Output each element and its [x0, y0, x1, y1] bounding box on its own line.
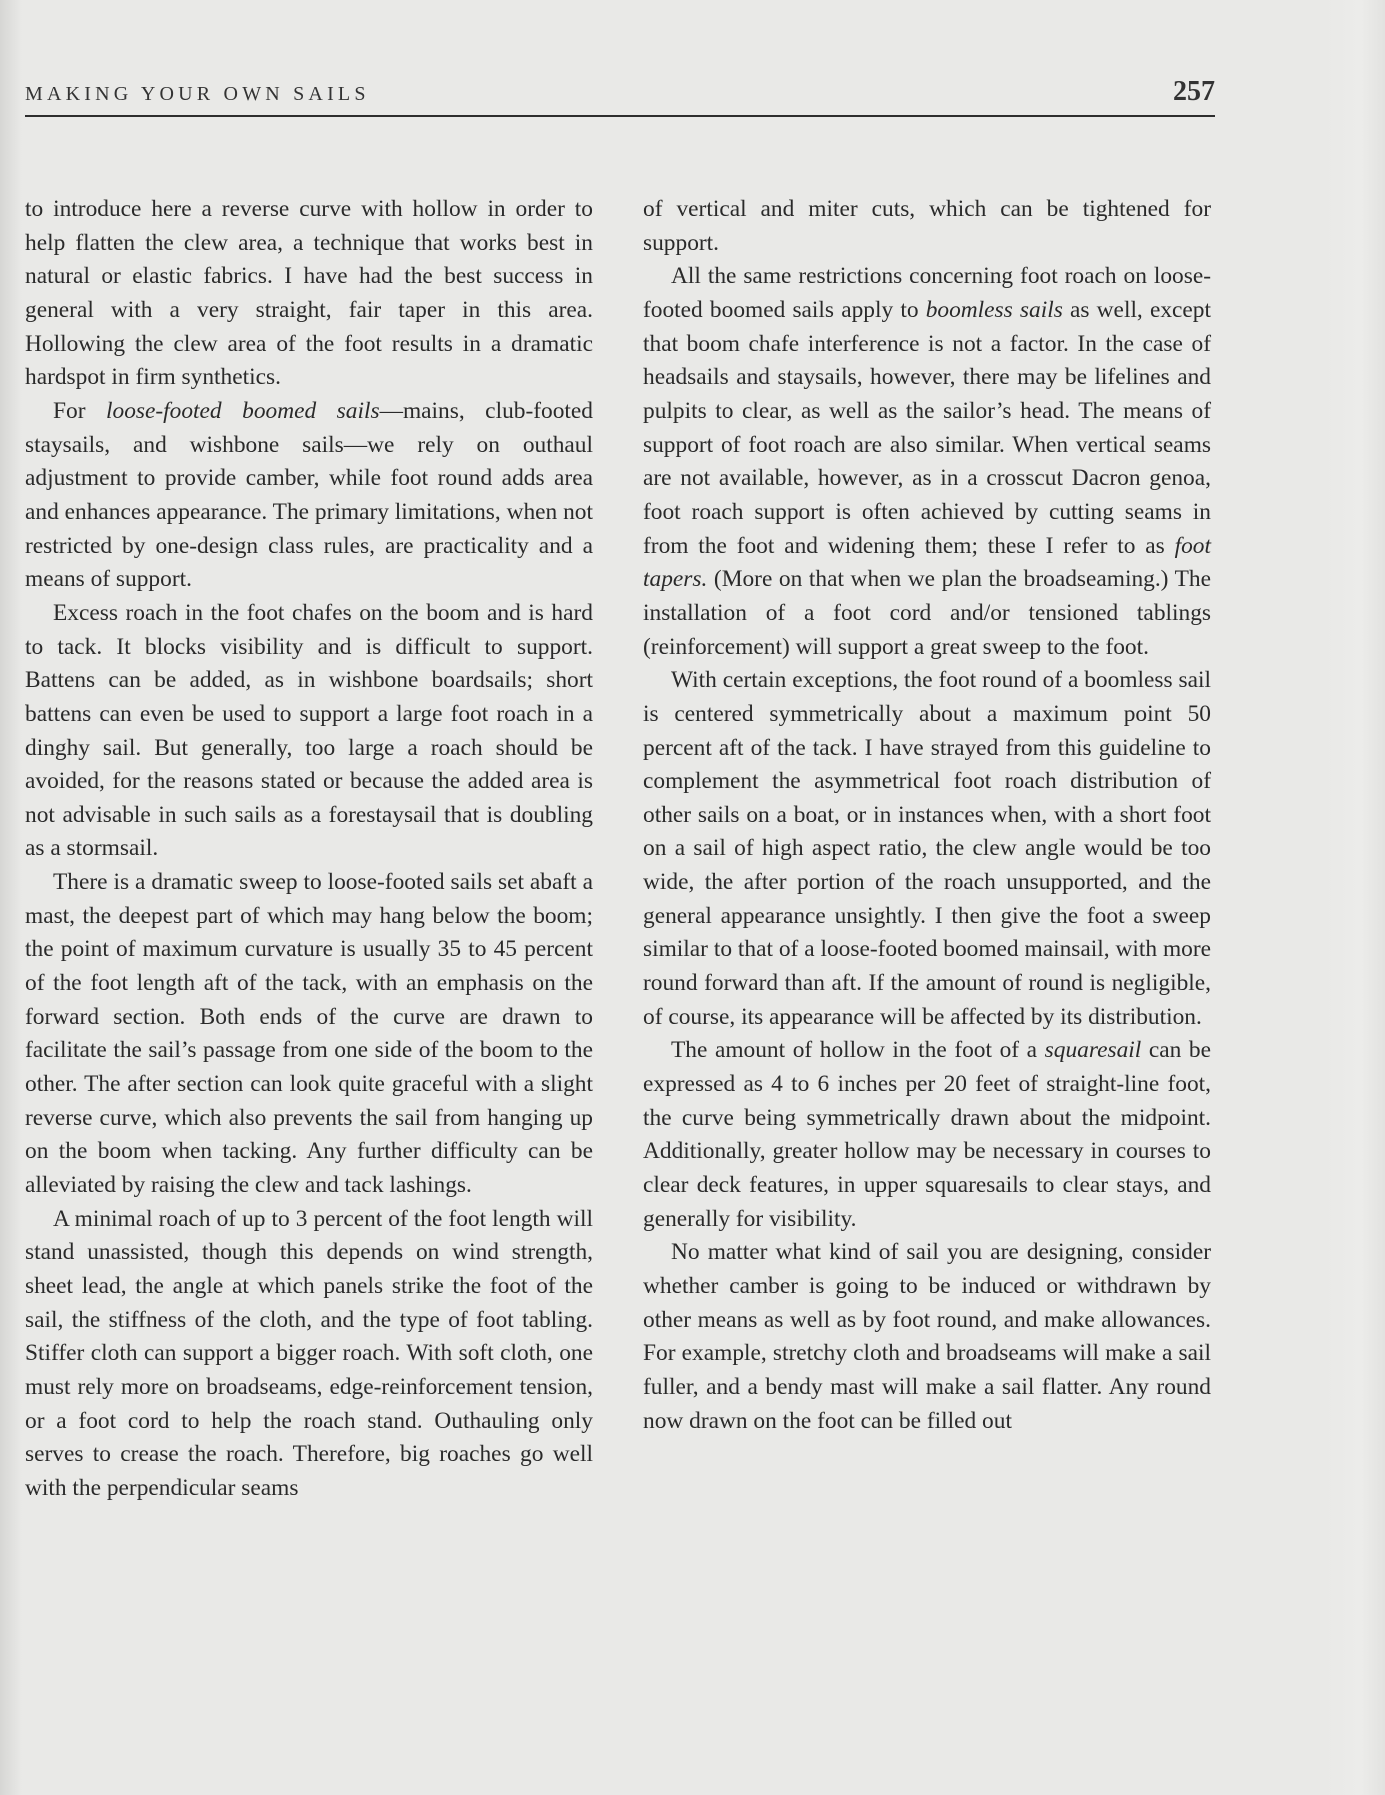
italic-term: loose-footed boomed sails [106, 398, 380, 424]
italic-term: boomless sails [926, 297, 1063, 323]
paragraph-text: A minimal roach of up to 3 percent of th… [25, 1206, 593, 1501]
paragraph-text: The amount of hollow in the foot of a [671, 1037, 1045, 1063]
paragraph: There is a dramatic sweep to loose-foote… [25, 866, 593, 1203]
running-title: MAKING YOUR OWN SAILS [25, 83, 370, 106]
paragraph: of vertical and miter cuts, which can be… [643, 193, 1211, 260]
paragraph: All the same restrictions concerning foo… [643, 260, 1211, 664]
paragraph-text: can be expressed as 4 to 6 inches per 20… [643, 1037, 1211, 1231]
paragraph: No matter what kind of sail you are desi… [643, 1236, 1211, 1438]
paragraph: Excess roach in the foot chafes on the b… [25, 597, 593, 866]
paragraph-text: With certain exceptions, the foot round … [643, 667, 1211, 1030]
paragraph: With certain exceptions, the foot round … [643, 664, 1211, 1034]
paragraph-text: as well, except that boom chafe interfer… [643, 297, 1211, 559]
paragraph: A minimal roach of up to 3 percent of th… [25, 1203, 593, 1506]
paragraph-text: No matter what kind of sail you are desi… [643, 1239, 1211, 1433]
italic-term: squaresail [1045, 1037, 1142, 1063]
paragraph: For loose-footed boomed sails—mains, clu… [25, 395, 593, 597]
left-column: to introduce here a reverse curve with h… [25, 193, 593, 1506]
paragraph-text: —mains, club-footed staysails, and wishb… [25, 398, 593, 592]
paragraph-text: For [53, 398, 106, 424]
paragraph-text: of vertical and miter cuts, which can be… [643, 196, 1211, 256]
page-edge [1325, 0, 1385, 1795]
page-number: 257 [1173, 76, 1215, 108]
right-column: of vertical and miter cuts, which can be… [643, 193, 1211, 1438]
paragraph: The amount of hollow in the foot of a sq… [643, 1034, 1211, 1236]
paragraph-text: (More on that when we plan the broadseam… [643, 566, 1211, 659]
paragraph-text: to introduce here a reverse curve with h… [25, 196, 593, 390]
paragraph-text: Excess roach in the foot chafes on the b… [25, 600, 593, 862]
header-rule [25, 115, 1215, 117]
running-head: MAKING YOUR OWN SAILS 257 [25, 80, 1215, 116]
paragraph: to introduce here a reverse curve with h… [25, 193, 593, 395]
page-gutter-shadow [0, 0, 22, 1795]
paragraph-text: There is a dramatic sweep to loose-foote… [25, 869, 593, 1198]
